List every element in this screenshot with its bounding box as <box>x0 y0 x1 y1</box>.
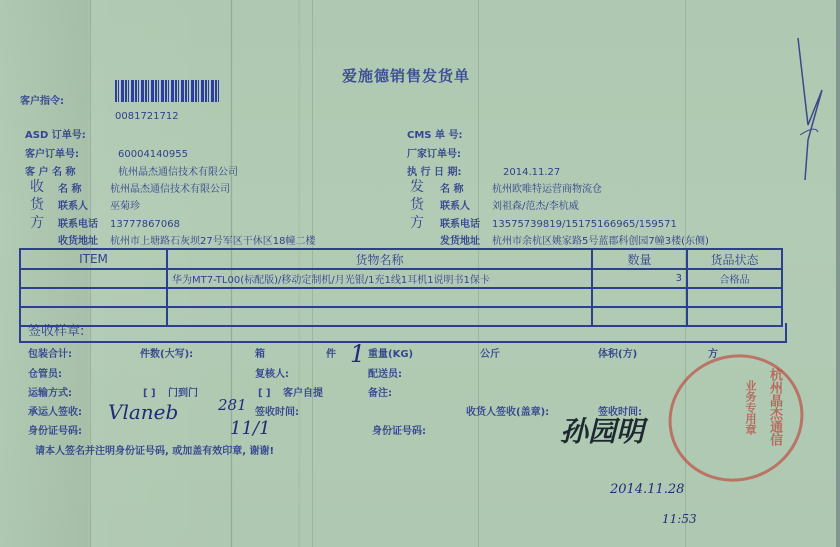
kg-unit: 公斤 <box>480 349 500 361</box>
shipper-phone-value: 13575739819/15175166965/159571 <box>492 219 677 231</box>
receiver-phone-value: 13777867068 <box>110 219 180 231</box>
shipper-contact-value: 刘祖森/范杰/李杭威 <box>492 201 579 213</box>
box-label: 箱 <box>255 349 265 361</box>
customer-instruction-label: 客户指令: <box>20 96 64 108</box>
shipper-address-label: 发货地址 <box>440 236 480 248</box>
barcode-number: 0081721712 <box>115 111 179 123</box>
receiver-contact-value: 巫菊珍 <box>110 201 140 213</box>
receipt-time-handwriting: 11:53 <box>662 512 697 526</box>
receiver-signature: 孙园明 <box>560 410 644 450</box>
shipper-name-label: 名 称 <box>440 184 463 196</box>
self-pickup-label: 客户自提 <box>283 388 323 400</box>
transport-label: 运输方式: <box>28 388 72 400</box>
receipt-date-handwriting: 2014.11.28 <box>610 482 684 497</box>
shipper-name-value: 杭州欧唯特运营商物流仓 <box>492 184 602 196</box>
goods-table: ITEM 货物名称 数量 货品状态 华为MT7-TL00(标配版)/移动定制机/… <box>19 248 783 327</box>
header-item: ITEM <box>20 249 167 269</box>
shipper-address-value: 杭州市余杭区姚家路5号蓝郡科创园7幢3楼(东侧) <box>492 236 709 248</box>
piece-label: 件 <box>326 349 336 361</box>
shipper-side-char: 发 <box>410 181 426 193</box>
shipper-contact-label: 联系人 <box>440 201 470 213</box>
receiver-name-value: 杭州晶杰通信技术有限公司 <box>110 184 230 196</box>
volume-label: 体积(方) <box>598 349 637 361</box>
header-goods-name: 货物名称 <box>167 249 592 269</box>
carrier-number-handwriting: 281 <box>218 396 247 414</box>
weight-label: 重量(KG) <box>368 349 413 361</box>
cell-quantity <box>592 288 687 307</box>
packing-total-label: 包装合计: <box>28 349 72 361</box>
reviewer-handwriting: 1 <box>350 340 365 368</box>
cms-order-label: CMS 单 号: <box>407 130 462 142</box>
receiver-side-char: 方 <box>30 217 46 229</box>
asd-order-label: ASD 订单号: <box>25 130 86 142</box>
table-row <box>20 288 782 307</box>
receiver-contact-label: 联系人 <box>58 201 88 213</box>
id-number-label-2: 身份证号码: <box>372 426 426 438</box>
notice-text: 请本人签名并注明身份证号码, 或加盖有效印章, 谢谢! <box>35 446 274 458</box>
cell-status: 合格品 <box>687 269 782 288</box>
signature-sample-label: 签收样章: <box>28 326 84 338</box>
receiver-side-char: 收 <box>30 181 46 193</box>
receiver-address-label: 收货地址 <box>58 236 98 248</box>
carrier-sign-label: 承运人签收: <box>28 407 82 419</box>
exec-date-value: 2014.11.27 <box>503 167 560 179</box>
carrier-time-handwriting: 11/1 <box>230 418 270 439</box>
cell-status <box>687 288 782 307</box>
id-number-label: 身份证号码: <box>28 426 82 438</box>
self-pickup-checkbox[interactable]: [ ] <box>258 388 271 400</box>
signature-sample-box <box>19 323 787 343</box>
seal-text: 业务专用章 <box>742 380 758 435</box>
carrier-signature: Vlaneb <box>108 400 178 424</box>
cell-item <box>20 288 167 307</box>
delivery-person-label: 配送员: <box>368 369 402 381</box>
warehouse-keeper-label: 仓管员: <box>28 369 62 381</box>
cell-goods-name: 华为MT7-TL00(标配版)/移动定制机/月光银/1充1线1耳机1说明书1保卡 <box>167 269 592 288</box>
customer-order-value: 60004140955 <box>118 149 188 161</box>
customer-order-label: 客户订单号: <box>25 149 79 161</box>
cell-item <box>20 269 167 288</box>
seal-text: 杭州晶杰通信 <box>765 368 784 446</box>
remarks-label: 备注: <box>368 388 392 400</box>
reviewer-label: 复核人: <box>255 369 289 381</box>
customer-name-label: 客 户 名 称 <box>25 167 75 179</box>
table-row: 华为MT7-TL00(标配版)/移动定制机/月光银/1充1线1耳机1说明书1保卡… <box>20 269 782 288</box>
paper-edge <box>836 0 840 547</box>
customer-name-value: 杭州晶杰通信技术有限公司 <box>118 167 238 179</box>
cell-quantity: 3 <box>592 269 687 288</box>
factory-order-label: 厂家订单号: <box>407 149 461 161</box>
document-title: 爱施德销售发货单 <box>342 65 470 86</box>
header-status: 货品状态 <box>687 249 782 269</box>
receiver-address-value: 杭州市上塘路石灰坝27号军区干休区18幢二楼 <box>110 236 315 248</box>
door-to-door-label: 门到门 <box>168 388 198 400</box>
pieces-label: 件数(大写): <box>140 349 193 361</box>
goods-table-header: ITEM 货物名称 数量 货品状态 <box>20 249 782 269</box>
shipper-side-char: 方 <box>410 217 426 229</box>
shipper-phone-label: 联系电话 <box>440 219 480 231</box>
receiver-side-char: 货 <box>30 199 46 211</box>
barcode <box>115 80 219 102</box>
door-to-door-checkbox[interactable]: [ ] <box>143 388 156 400</box>
cell-goods-name <box>167 288 592 307</box>
exec-date-label: 执 行 日 期: <box>407 167 461 179</box>
pen-scribble <box>770 30 830 200</box>
shipper-side-char: 货 <box>410 199 426 211</box>
receiver-phone-label: 联系电话 <box>58 219 98 231</box>
receiver-name-label: 名 称 <box>58 184 81 196</box>
header-quantity: 数量 <box>592 249 687 269</box>
receiver-sign-label: 收货人签收(盖章): <box>466 407 549 419</box>
